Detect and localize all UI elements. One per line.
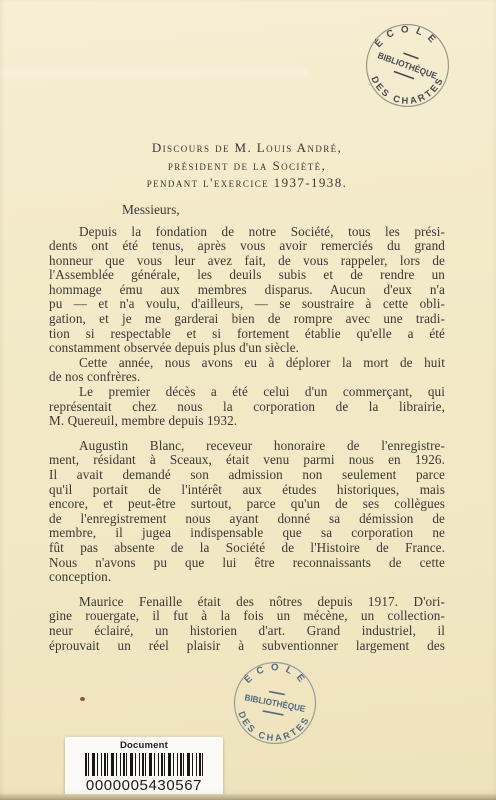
paragraph: Augustin Blanc, receveur honoraire de l'… (49, 439, 445, 585)
stamp-dash-bottom (394, 71, 414, 78)
stamp-dash-top (403, 53, 418, 58)
heading-line-3: pendant l'exercice 1937-1938. (49, 174, 445, 192)
salutation: Messieurs, (49, 202, 445, 217)
ink-dot (80, 697, 85, 701)
stamp-dash-bottom (263, 711, 284, 715)
barcode-number: 0000005430567 (86, 777, 202, 794)
text-line: conception. (49, 570, 445, 585)
paragraph: Depuis la fondation de notre Société, to… (49, 225, 445, 356)
barcode-title: Document (120, 740, 168, 751)
text-line: représentait chez nous la corporation de… (49, 400, 445, 415)
text-line: Nous n'avons pu que lui être reconnaissa… (49, 556, 445, 571)
page-bottom-edge (0, 794, 496, 800)
text-line: honneur que vous leur avez fait, de vous… (49, 254, 445, 269)
text-line: gine rouergate, il fut à la fois un mécè… (49, 609, 445, 624)
text-line: qu'il portait de l'intérêt aux études hi… (49, 483, 445, 498)
text-line: tion si respectable et si fortement étab… (49, 327, 445, 342)
stamp-graphic: ÉCOLE DES CHARTES BIBLIOTHÈQUE (363, 21, 452, 110)
text-line: de nos confrères. (49, 370, 445, 385)
text-line: Depuis la fondation de notre Société, to… (49, 225, 445, 240)
page-heading: Discours de M. Louis André, président de… (49, 139, 445, 192)
paper-speck (326, 647, 329, 649)
text-line: Il avait demandé son admission non seule… (49, 468, 445, 483)
text-line: pu — et n'a voulu, d'ailleurs, — se sous… (49, 297, 445, 312)
stamp-arc-top-text: ÉCOLE (242, 660, 312, 690)
heading-line-2: président de la Société, (49, 157, 445, 175)
stamp-dash-top (269, 692, 285, 695)
text-line: Augustin Blanc, receveur honoraire de l'… (49, 439, 445, 454)
heading-line-1: Discours de M. Louis André, (49, 139, 445, 157)
scanned-page: { "page": { "heading": { "line1": "Disco… (0, 0, 496, 800)
text-line: Le premier décès a été celui d'un commer… (49, 385, 445, 400)
text-line: membre, il jugea indispensable que sa co… (49, 526, 445, 541)
library-stamp-bottom: ÉCOLE DES CHARTES BIBLIOTHÈQUE (228, 656, 322, 750)
paragraph: Le premier décès a été celui d'un commer… (49, 385, 445, 429)
text-line: ment, résidant à Sceaux, était venu parm… (49, 453, 445, 468)
text-line: gation, et je me garderai bien de rompre… (49, 312, 445, 327)
svg-text:ÉCOLE: ÉCOLE (242, 660, 312, 690)
stamp-arc-bottom-text: DES CHARTES (235, 709, 313, 745)
paragraph: Cette année, nous avons eu à déplorer la… (49, 356, 445, 385)
text-line: de l'enregistrement nous ayant donné sa … (49, 512, 445, 527)
text-line: M. Quereuil, membre depuis 1932. (49, 414, 445, 429)
text-line: neur éclairé, un historien d'art. Grand … (49, 624, 445, 639)
text-line: Cette année, nous avons eu à déplorer la… (49, 356, 445, 371)
svg-text:ÉCOLE: ÉCOLE (373, 24, 442, 49)
svg-text:DES CHARTES: DES CHARTES (235, 709, 313, 745)
text-line: l'Assemblée générale, les deuils subis e… (49, 268, 445, 283)
library-stamp-top: ÉCOLE DES CHARTES BIBLIOTHÈQUE (363, 21, 452, 110)
text-line: Maurice Fenaille était des nôtres depuis… (49, 595, 445, 610)
stamp-arc-top-text: ÉCOLE (373, 24, 442, 49)
barcode-label: Document 0000005430567 (65, 737, 223, 796)
text-line: fût pas absente de la Société de l'Histo… (49, 541, 445, 556)
barcode (85, 753, 203, 776)
text-line: constamment observée depuis plus d'un si… (49, 341, 445, 356)
text-column: Discours de M. Louis André, président de… (49, 139, 445, 653)
text-line: hommage ému aux membres disparus. Aucun … (49, 283, 445, 298)
text-line: dents ont été tenus, après vous avoir re… (49, 239, 445, 254)
paper-streak (0, 68, 308, 77)
body-paragraphs: Depuis la fondation de notre Société, to… (49, 225, 445, 654)
stamp-graphic: ÉCOLE DES CHARTES BIBLIOTHÈQUE (228, 656, 322, 750)
stamp-center-text: BIBLIOTHÈQUE (244, 692, 306, 714)
text-line: encore, et peut-être surtout, parce qu'u… (49, 497, 445, 512)
paragraph: Maurice Fenaille était des nôtres depuis… (49, 595, 445, 653)
text-line: éprouvait un réel plaisir à subventionne… (49, 639, 445, 654)
